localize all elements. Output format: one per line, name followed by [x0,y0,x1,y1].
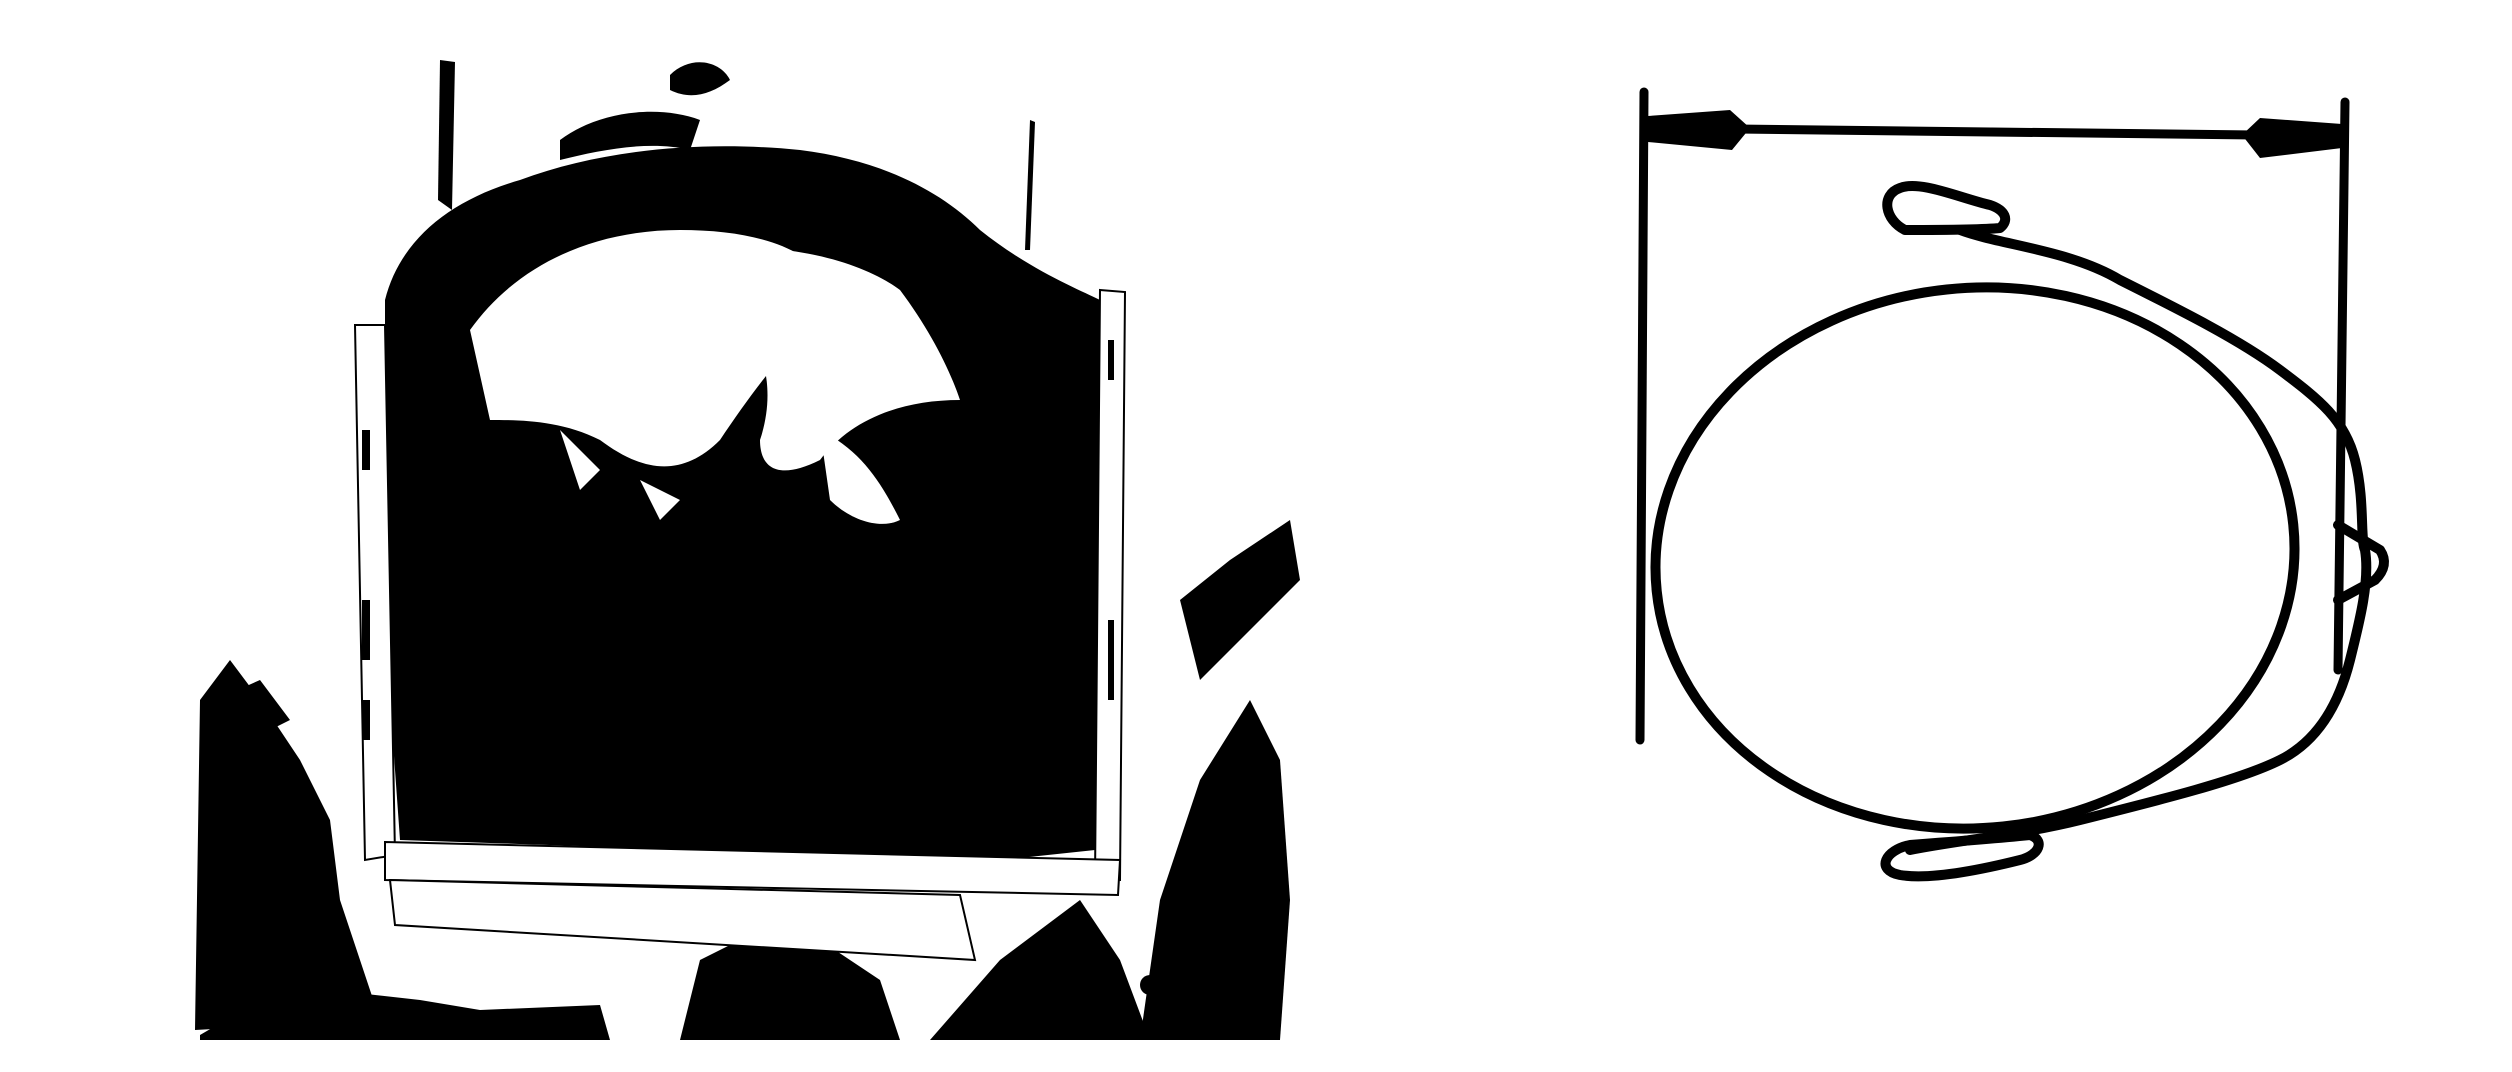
width-dimension-arrow [1648,110,2342,158]
ear-loop-top [1887,186,2005,230]
head-outline-primary [1629,256,2322,860]
left-reference-line [1640,92,1644,740]
head-photo-panel [0,0,1320,1072]
head-photo [0,0,1320,1072]
right-reference-line [2338,102,2345,670]
head-outline-diagram [1600,80,2420,980]
arrowhead-left-icon [1648,110,1750,150]
arrowhead-right-icon [2242,118,2342,158]
nose-outline [2338,525,2384,600]
outline-diagram-svg [1600,80,2420,980]
ear-loop-bottom [1886,835,2039,876]
